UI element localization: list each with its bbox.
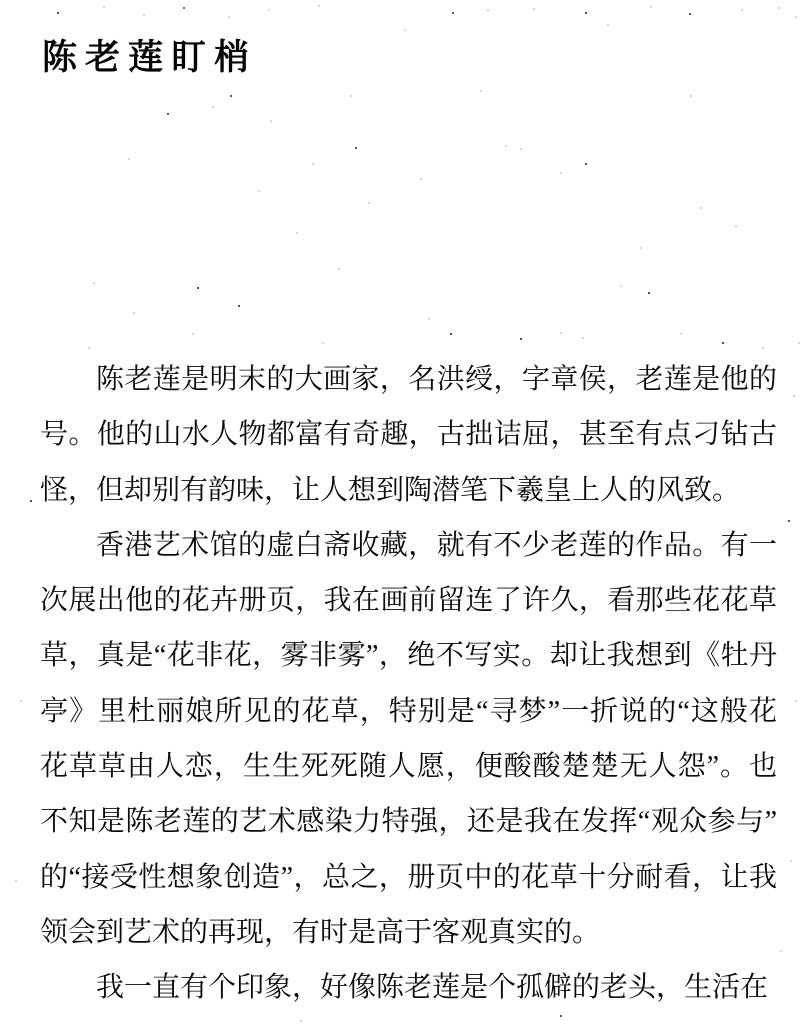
paragraph-3: 我一直有个印象，好像陈老莲是个孤僻的老头，生活在 [40,960,777,1015]
scan-noise [0,0,2,2]
paragraph-2: 香港艺术馆的虚白斋收藏，就有不少老莲的作品。有一次展出他的花卉册页，我在画前留连… [40,518,777,960]
chapter-title: 陈老莲盯梢 [42,30,257,80]
paragraph-1: 陈老莲是明末的大画家，名洪绶，字章侯，老莲是他的号。他的山水人物都富有奇趣，古拙… [40,352,777,518]
body-text: 陈老莲是明末的大画家，名洪绶，字章侯，老莲是他的号。他的山水人物都富有奇趣，古拙… [40,352,777,1016]
book-page: 陈老莲盯梢 陈老莲是明末的大画家，名洪绶，字章侯，老莲是他的号。他的山水人物都富… [0,0,808,1028]
